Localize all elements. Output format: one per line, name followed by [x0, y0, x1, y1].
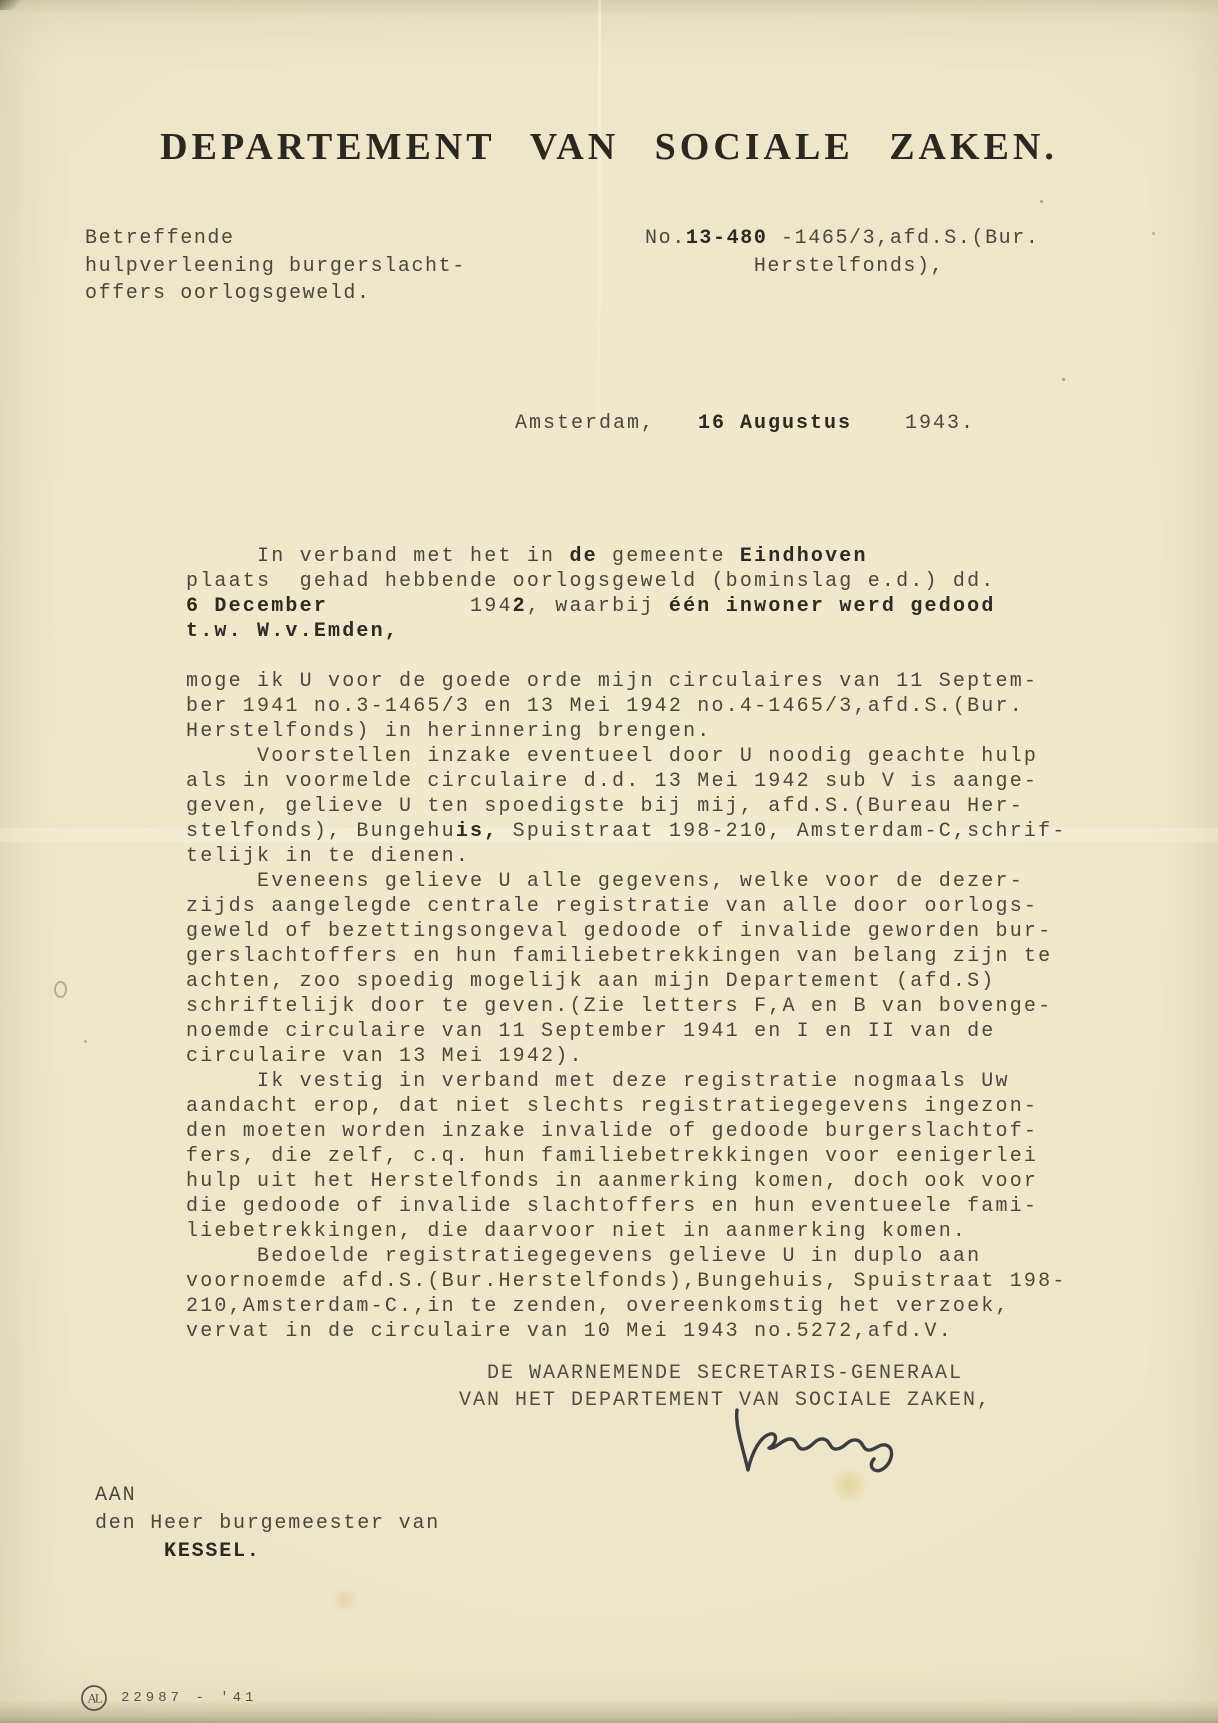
text-line: als in voormelde circulaire d.d. 13 Mei …: [186, 769, 1067, 794]
text-line: vervat in de circulaire van 10 Mei 1943 …: [186, 1319, 1067, 1344]
paper-stain: [330, 1588, 360, 1612]
dateline-year: 1943.: [905, 412, 975, 435]
text-line: die gedoode of invalide slachtoffers en …: [186, 1194, 1067, 1219]
scan-corner-artifact: [0, 0, 26, 10]
text-line: Voorstellen inzake eventueel door U nood…: [186, 744, 1067, 769]
text-line: Eveneens gelieve U alle gegevens, welke …: [186, 869, 1067, 894]
paper-specks: [0, 0, 3, 3]
text-line: plaats gehad hebbende oorlogsgeweld (bom…: [186, 569, 1067, 594]
letter-document: DEPARTEMENT VAN SOCIALE ZAKEN. Betreffen…: [0, 0, 1218, 1723]
dateline-date: 16 Augustus: [698, 412, 852, 435]
ink-fleck: [54, 981, 67, 998]
paper-crease: [598, 0, 601, 520]
text-line: Betreffende: [85, 225, 466, 253]
addressee-block: AANden Heer burgemeester van KESSEL.: [95, 1482, 440, 1566]
text-line: telijk in te dienen.: [186, 844, 1067, 869]
text-line: noemde circulaire van 11 September 1941 …: [186, 1019, 1067, 1044]
text-line: moge ik U voor de goede orde mijn circul…: [186, 669, 1067, 694]
text-line: liebetrekkingen, die daarvoor niet in aa…: [186, 1219, 1067, 1244]
text-line: fers, die zelf, c.q. hun familiebetrekki…: [186, 1144, 1067, 1169]
text-line: [186, 644, 1067, 669]
reference-number-block: No.13-480 -1465/3,afd.S.(Bur. Herstelfon…: [645, 225, 1039, 280]
text-line: stelfonds), Bungehuis, Spuistraat 198-21…: [186, 819, 1067, 844]
svg-text:AL: AL: [87, 1691, 102, 1706]
text-line: den Heer burgemeester van: [95, 1510, 440, 1538]
dateline: Amsterdam, 16 Augustus 1943.: [0, 412, 1218, 438]
text-line: zijds aangelegde centrale registratie va…: [186, 894, 1067, 919]
text-line: 210,Amsterdam-C.,in te zenden, overeenko…: [186, 1294, 1067, 1319]
printer-monogram-icon: AL: [80, 1684, 108, 1712]
text-line: achten, zoo spoedig mogelijk aan mijn De…: [186, 969, 1067, 994]
printer-imprint: AL 22987 - '41: [80, 1684, 257, 1712]
text-line: Ik vestig in verband met deze registrati…: [186, 1069, 1067, 1094]
letter-body: In verband met het in de gemeente Eindho…: [186, 544, 1067, 1344]
text-line: geven, gelieve U ten spoedigste bij mij,…: [186, 794, 1067, 819]
text-line: aandacht erop, dat niet slechts registra…: [186, 1094, 1067, 1119]
text-line: KESSEL.: [95, 1538, 440, 1566]
text-line: No.13-480 -1465/3,afd.S.(Bur.: [645, 225, 1039, 253]
text-line: den moeten worden inzake invalide of ged…: [186, 1119, 1067, 1144]
text-line: AAN: [95, 1482, 440, 1510]
text-line: 6 December 1942, waarbij één inwoner wer…: [186, 594, 1067, 619]
text-line: offers oorlogsgeweld.: [85, 280, 466, 308]
text-line: voornoemde afd.S.(Bur.Herstelfonds),Bung…: [186, 1269, 1067, 1294]
text-line: In verband met het in de gemeente Eindho…: [186, 544, 1067, 569]
text-line: t.w. W.v.Emden,: [186, 619, 1067, 644]
text-line: ber 1941 no.3-1465/3 en 13 Mei 1942 no.4…: [186, 694, 1067, 719]
text-line: gerslachtoffers en hun familiebetrekking…: [186, 944, 1067, 969]
text-line: hulpverleening burgerslacht-: [85, 253, 466, 281]
text-line: DE WAARNEMENDE SECRETARIS-GENERAAL: [425, 1360, 1025, 1387]
text-line: schriftelijk door te geven.(Zie letters …: [186, 994, 1067, 1019]
text-line: circulaire van 13 Mei 1942).: [186, 1044, 1067, 1069]
imprint-code: 22987 - '41: [121, 1690, 257, 1706]
signature-stroke: [715, 1406, 960, 1490]
text-line: hulp uit het Herstelfonds in aanmerking …: [186, 1169, 1067, 1194]
letterhead-title: DEPARTEMENT VAN SOCIALE ZAKEN.: [0, 125, 1218, 169]
subject-block: Betreffendehulpverleening burgerslacht-o…: [85, 225, 466, 308]
text-line: Bedoelde registratiegegevens gelieve U i…: [186, 1244, 1067, 1269]
text-line: Herstelfonds) in herinnering brengen.: [186, 719, 1067, 744]
text-line: Herstelfonds),: [645, 253, 1039, 281]
text-line: geweld of bezettingsongeval gedoode of i…: [186, 919, 1067, 944]
dateline-place: Amsterdam,: [515, 412, 655, 435]
handwritten-signature: [715, 1406, 960, 1490]
